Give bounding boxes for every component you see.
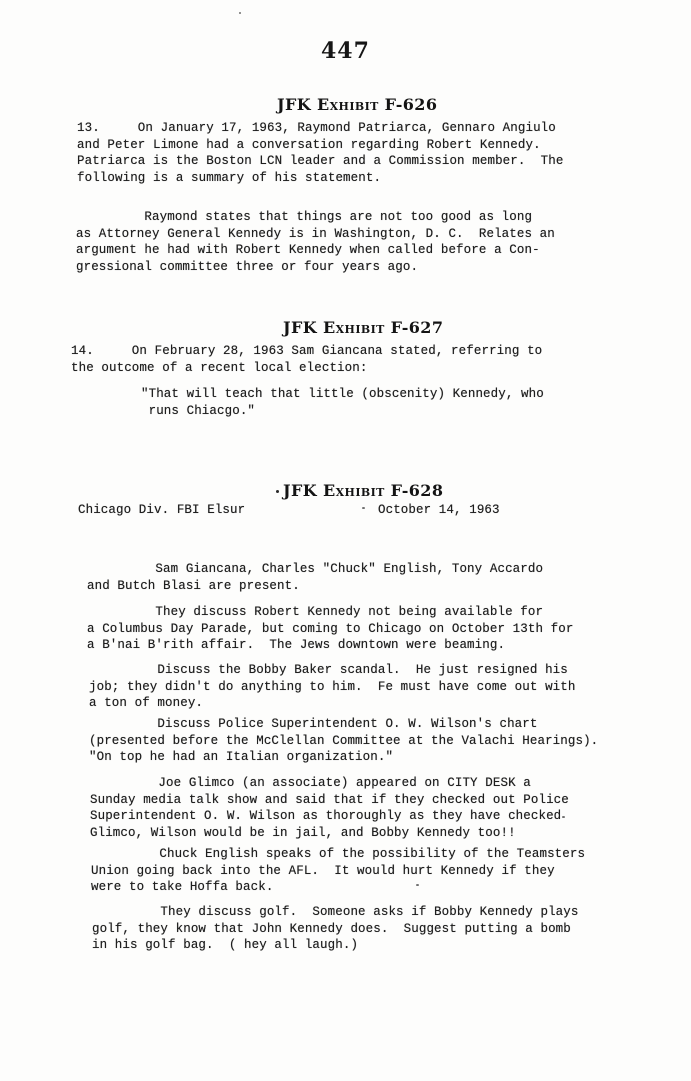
paragraph-columbus-parade: They discuss Robert Kennedy not being av… xyxy=(87,604,573,654)
scanned-document-page: 447 JFK Exhibit F-626 13. On January 17,… xyxy=(0,0,691,1081)
paragraph-golf: They discuss golf. Someone asks if Bobby… xyxy=(92,904,578,954)
scan-speck xyxy=(362,507,365,509)
paragraph-14: 14. On February 28, 1963 Sam Giancana st… xyxy=(71,343,542,376)
scan-speck xyxy=(239,12,241,14)
paragraph-raymond-statement: Raymond states that things are not too g… xyxy=(76,209,555,275)
paragraph-teamsters: Chuck English speaks of the possibility … xyxy=(91,846,585,896)
giancana-quote: "That will teach that little (obscenity)… xyxy=(141,386,544,419)
paragraph-joe-glimco: Joe Glimco (an associate) appeared on CI… xyxy=(90,775,569,841)
document-date: October 14, 1963 xyxy=(378,502,500,519)
exhibit-heading-f628: JFK Exhibit F-628 xyxy=(283,483,443,499)
paragraph-present: Sam Giancana, Charles "Chuck" English, T… xyxy=(87,561,543,594)
paragraph-bobby-baker: Discuss the Bobby Baker scandal. He just… xyxy=(89,662,575,712)
exhibit-heading-f627: JFK Exhibit F-627 xyxy=(283,320,443,336)
scan-speck xyxy=(276,490,279,493)
source-label: Chicago Div. FBI Elsur xyxy=(78,502,245,519)
page-number: 447 xyxy=(321,40,370,62)
paragraph-13: 13. On January 17, 1963, Raymond Patriar… xyxy=(77,120,563,186)
paragraph-wilson-chart: Discuss Police Superintendent O. W. Wils… xyxy=(89,716,598,766)
exhibit-heading-f626: JFK Exhibit F-626 xyxy=(277,97,437,113)
